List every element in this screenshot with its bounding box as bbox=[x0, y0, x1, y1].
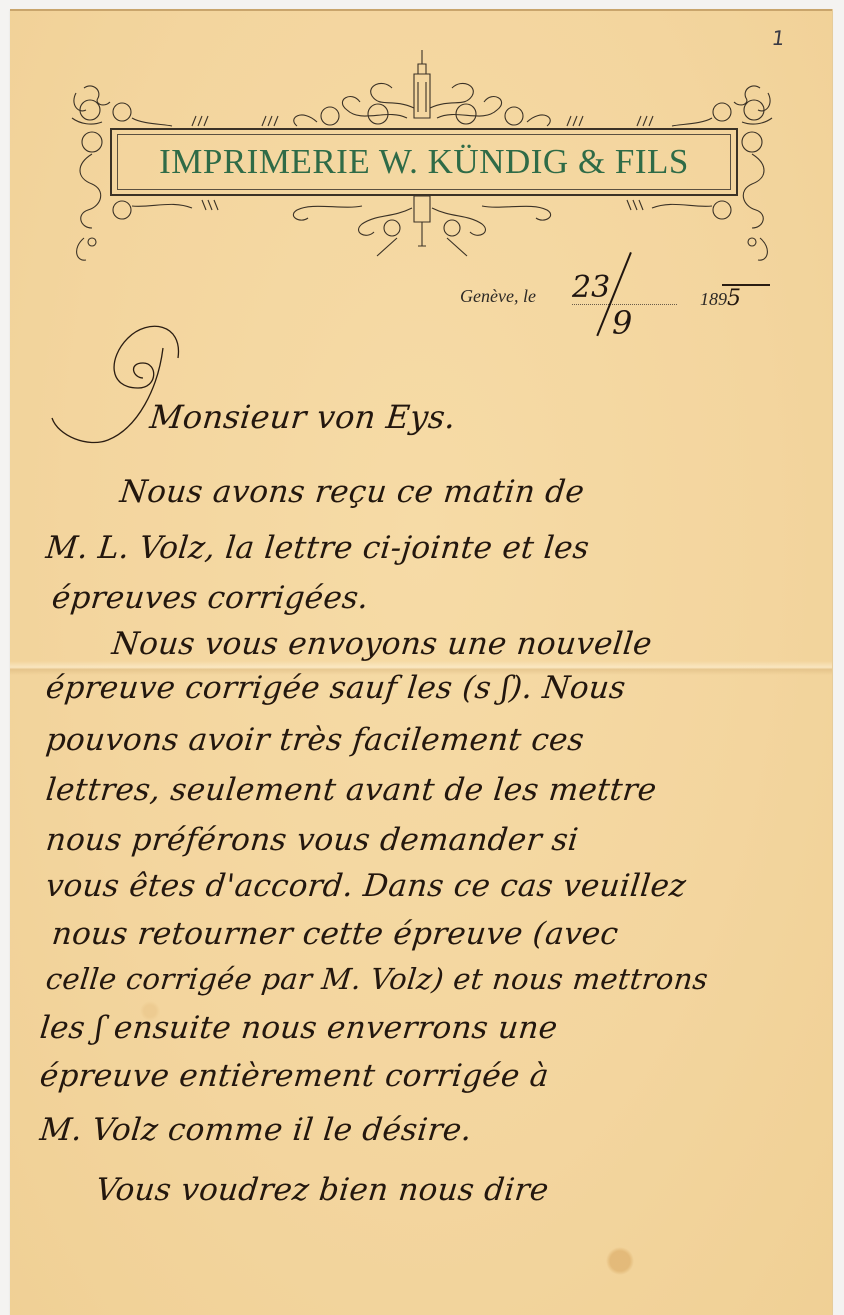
date-day: 23 bbox=[572, 270, 610, 305]
letter-line: Nous avons reçu ce matin de bbox=[118, 474, 586, 510]
letter-line: celle corrigée par M. Volz) et nous mett… bbox=[44, 962, 710, 996]
letter-line: lettres, seulement avant de les mettre bbox=[44, 772, 658, 808]
year-underline-stroke bbox=[722, 284, 770, 286]
date-month: 9 bbox=[612, 304, 632, 342]
letter-line: pouvons avoir très facilement ces bbox=[44, 722, 586, 758]
letter-line: épreuves corrigées. bbox=[50, 580, 370, 616]
letter-line: épreuve entièrement corrigée à bbox=[38, 1058, 550, 1094]
letter-line: nous retourner cette épreuve (avec bbox=[50, 916, 620, 952]
letter-line: épreuve corrigée sauf les (s ʃ). Nous bbox=[44, 670, 627, 706]
letter-line: nous préférons vous demander si bbox=[44, 822, 580, 858]
letterhead-title: IMPRIMERIE W. KÜNDIG & FILS bbox=[117, 134, 731, 190]
date-year-printed: 1895 bbox=[700, 286, 741, 311]
letter-line: M. Volz comme il le désire. bbox=[38, 1112, 473, 1148]
letter-line: les ʃ ensuite nous enverrons une bbox=[38, 1010, 559, 1046]
year-handwritten-digit: 5 bbox=[727, 286, 741, 311]
letter-line: Nous vous envoyons une nouvelle bbox=[110, 626, 654, 662]
salutation-flourish-icon bbox=[48, 318, 208, 458]
letterhead: IMPRIMERIE W. KÜNDIG & FILS bbox=[62, 38, 782, 268]
salutation: Monsieur von Eys. bbox=[148, 398, 458, 436]
dateline: Genève, le 23 9 1895 bbox=[460, 282, 780, 352]
letter-line: M. L. Volz, la lettre ci-jointe et les bbox=[44, 530, 591, 566]
year-prefix: 189 bbox=[700, 289, 727, 309]
date-place: Genève, le bbox=[460, 286, 536, 307]
letter-line: Vous voudrez bien nous dire bbox=[94, 1172, 550, 1208]
letter-line: vous êtes d'accord. Dans ce cas veuillez bbox=[44, 868, 688, 904]
